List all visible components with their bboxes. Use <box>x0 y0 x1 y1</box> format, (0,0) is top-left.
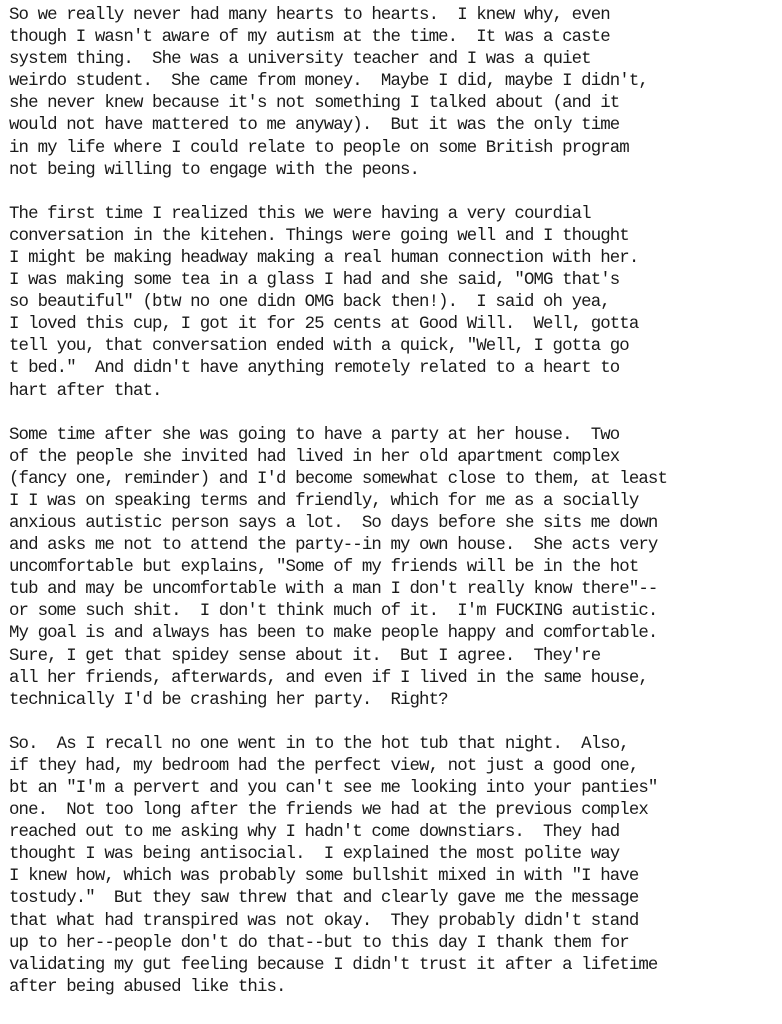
paragraph: So. As I recall no one went in to the ho… <box>9 734 779 999</box>
text-line: Sure, I get that spidey sense about it. … <box>9 646 779 668</box>
text-line: would not have mattered to me anyway). B… <box>9 115 779 137</box>
text-line: tostudy." But they saw threw that and cl… <box>9 888 779 910</box>
text-line: conversation in the kitehen. Things were… <box>9 226 779 248</box>
text-line: she never knew because it's not somethin… <box>9 93 779 115</box>
text-line: of the people she invited had lived in h… <box>9 447 779 469</box>
text-line: up to her--people don't do that--but to … <box>9 933 779 955</box>
paragraph: The first time I realized this we were h… <box>9 204 779 403</box>
text-line: and asks me not to attend the party--in … <box>9 535 779 557</box>
text-line: tub and may be uncomfortable with a man … <box>9 579 779 601</box>
text-line: technically I'd be crashing her party. R… <box>9 690 779 712</box>
text-line: that what had transpired was not okay. T… <box>9 911 779 933</box>
text-line: bt an "I'm a pervert and you can't see m… <box>9 778 779 800</box>
text-line: one. Not too long after the friends we h… <box>9 800 779 822</box>
text-line: in my life where I could relate to peopl… <box>9 138 779 160</box>
text-line: after being abused like this. <box>9 977 779 999</box>
text-line: So. As I recall no one went in to the ho… <box>9 734 779 756</box>
text-line: not being willing to engage with the peo… <box>9 160 779 182</box>
text-line: anxious autistic person says a lot. So d… <box>9 513 779 535</box>
text-line: though I wasn't aware of my autism at th… <box>9 27 779 49</box>
paragraph: Some time after she was going to have a … <box>9 425 779 712</box>
paragraph: So we really never had many hearts to he… <box>9 5 779 182</box>
text-line: The first time I realized this we were h… <box>9 204 779 226</box>
text-line: uncomfortable but explains, "Some of my … <box>9 557 779 579</box>
typewritten-page: So we really never had many hearts to he… <box>9 5 779 1021</box>
text-line: hart after that. <box>9 381 779 403</box>
text-line: My goal is and always has been to make p… <box>9 623 779 645</box>
text-line: validating my gut feeling because I didn… <box>9 955 779 977</box>
text-line: system thing. She was a university teach… <box>9 49 779 71</box>
text-line: (fancy one, reminder) and I'd become som… <box>9 469 779 491</box>
text-line: so beautiful" (btw no one didn OMG back … <box>9 292 779 314</box>
text-line: I might be making headway making a real … <box>9 248 779 270</box>
text-line: I I was on speaking terms and friendly, … <box>9 491 779 513</box>
text-line: reached out to me asking why I hadn't co… <box>9 822 779 844</box>
text-line: t bed." And didn't have anything remotel… <box>9 358 779 380</box>
text-line: if they had, my bedroom had the perfect … <box>9 756 779 778</box>
text-line: I was making some tea in a glass I had a… <box>9 270 779 292</box>
text-line: thought I was being antisocial. I explai… <box>9 844 779 866</box>
text-line: all her friends, afterwards, and even if… <box>9 668 779 690</box>
text-line: I loved this cup, I got it for 25 cents … <box>9 314 779 336</box>
text-line: Some time after she was going to have a … <box>9 425 779 447</box>
text-line: or some such shit. I don't think much of… <box>9 601 779 623</box>
text-line: I knew how, which was probably some bull… <box>9 866 779 888</box>
text-line: tell you, that conversation ended with a… <box>9 336 779 358</box>
text-line: weirdo student. She came from money. May… <box>9 71 779 93</box>
text-line: So we really never had many hearts to he… <box>9 5 779 27</box>
